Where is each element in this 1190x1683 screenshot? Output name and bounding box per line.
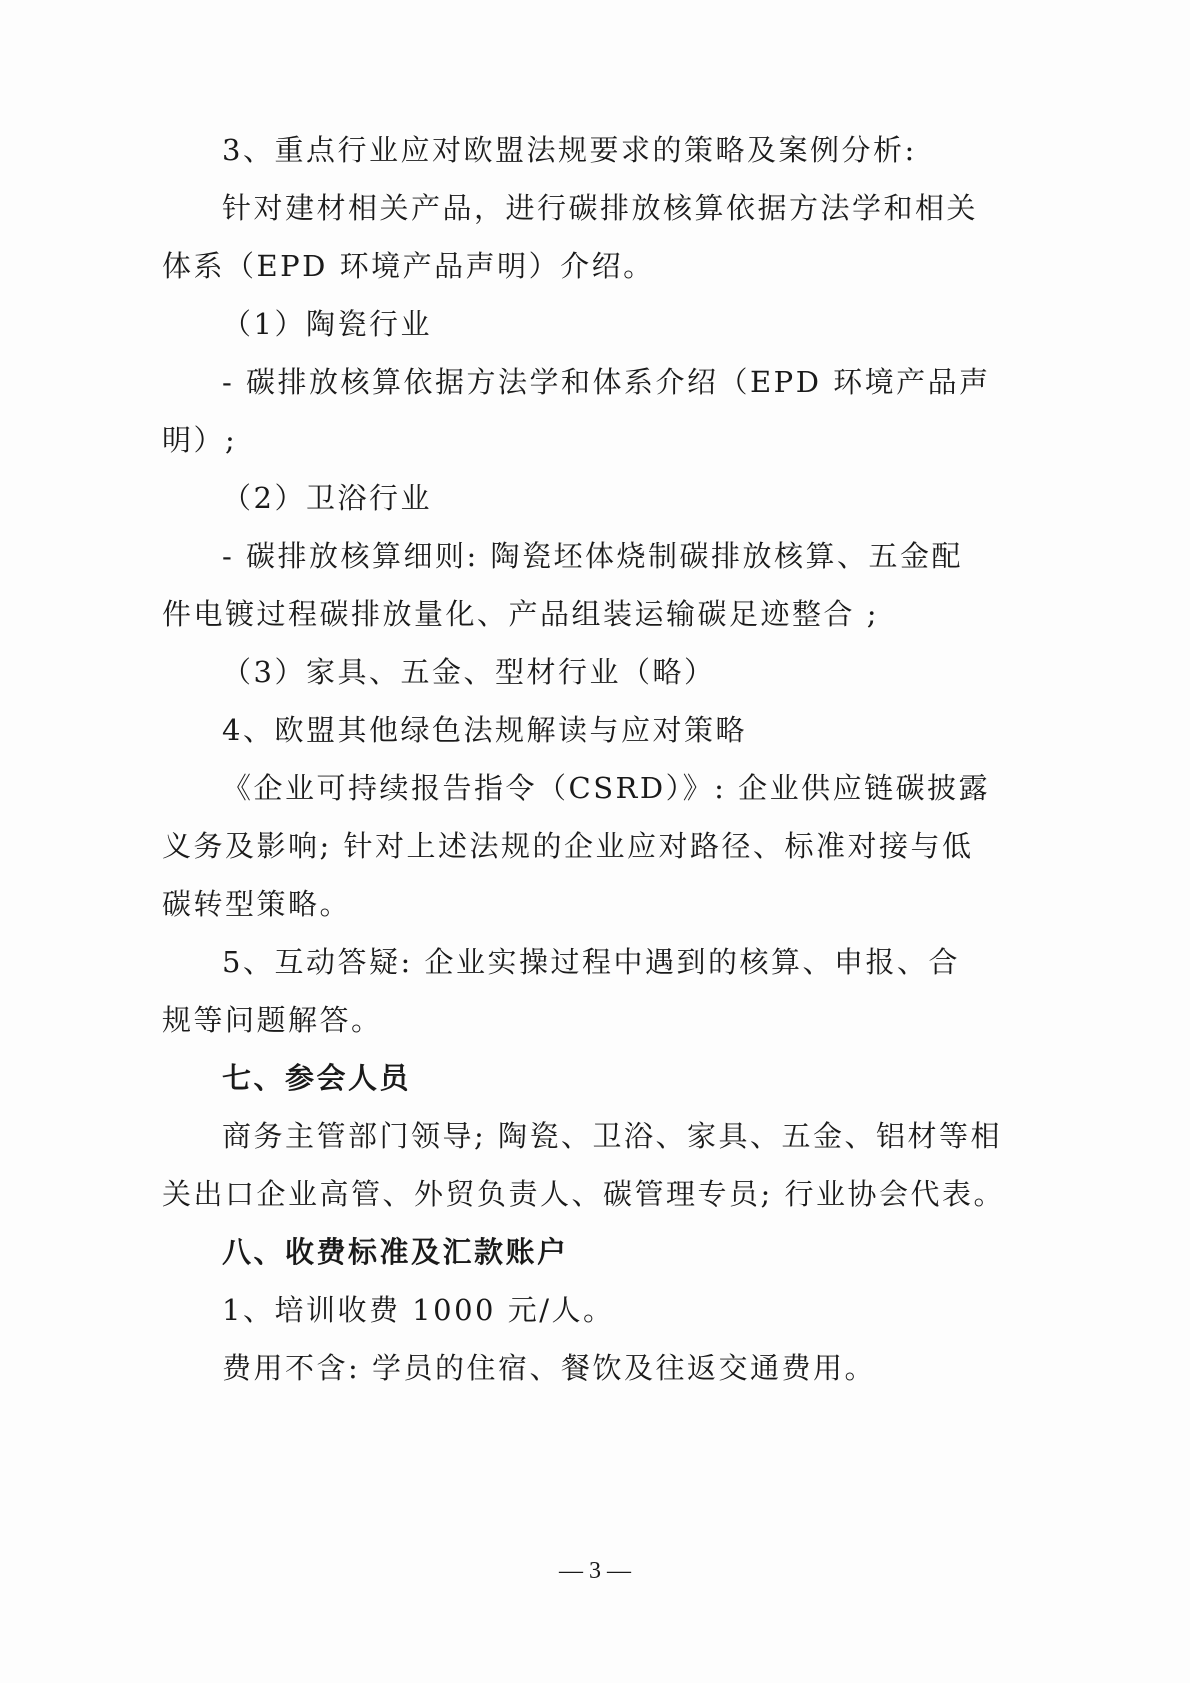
- fee-item: 1、培训收费 1000 元/人。: [222, 1290, 614, 1330]
- paragraph-line: 关出口企业高管、外贸负责人、碳管理专员; 行业协会代表。: [162, 1174, 932, 1214]
- subsection-sanitary: （2）卫浴行业: [222, 478, 432, 518]
- subsection-furniture: （3）家具、五金、型材行业（略）: [222, 652, 715, 692]
- section-heading-fees: 八、收费标准及汇款账户: [222, 1232, 569, 1272]
- fee-exclusions: 费用不含: 学员的住宿、餐饮及往返交通费用。: [222, 1348, 876, 1388]
- paragraph-line: - 碳排放核算细则: 陶瓷坯体烧制碳排放核算、五金配: [222, 536, 932, 576]
- section-item-3-heading: 3、重点行业应对欧盟法规要求的策略及案例分析:: [222, 130, 917, 170]
- paragraph-line: - 碳排放核算依据方法学和体系介绍（EPD 环境产品声: [222, 362, 932, 402]
- page-number: — 3 —: [0, 1556, 1190, 1586]
- section-item-4-heading: 4、欧盟其他绿色法规解读与应对策略: [222, 710, 747, 750]
- paragraph-line: 《企业可持续报告指令（CSRD）》: 企业供应链碳披露: [222, 768, 932, 808]
- paragraph-line: 商务主管部门领导; 陶瓷、卫浴、家具、五金、铝材等相: [222, 1116, 932, 1156]
- paragraph-line: 义务及影响; 针对上述法规的企业应对路径、标准对接与低: [162, 826, 932, 866]
- paragraph-line: 明）;: [162, 420, 237, 460]
- document-page: 3、重点行业应对欧盟法规要求的策略及案例分析: 针对建材相关产品，进行碳排放核算…: [0, 0, 1190, 1683]
- paragraph-line: 件电镀过程碳排放量化、产品组装运输碳足迹整合 ;: [162, 594, 879, 634]
- subsection-ceramics: （1）陶瓷行业: [222, 304, 432, 344]
- paragraph-line: 体系（EPD 环境产品声明）介绍。: [162, 246, 655, 286]
- paragraph-line: 碳转型策略。: [162, 884, 351, 924]
- section-heading-attendees: 七、参会人员: [222, 1058, 411, 1098]
- section-item-5-heading: 5、互动答疑: 企业实操过程中遇到的核算、申报、合: [222, 942, 932, 982]
- paragraph-line: 规等问题解答。: [162, 1000, 383, 1040]
- paragraph-line: 针对建材相关产品，进行碳排放核算依据方法学和相关: [222, 188, 932, 228]
